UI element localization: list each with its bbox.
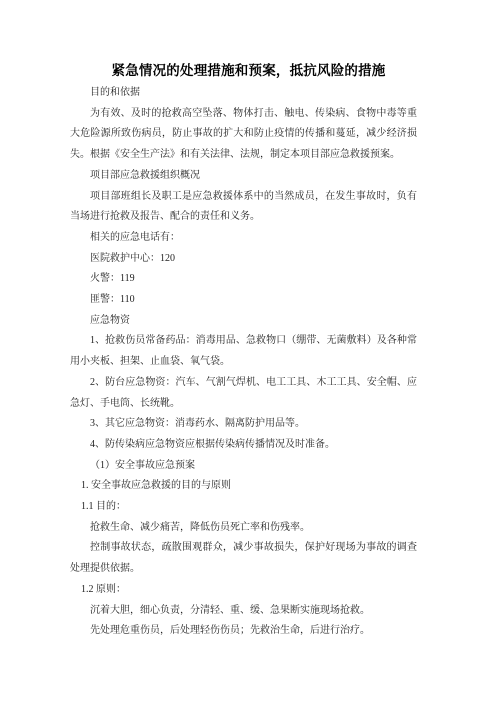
paragraph: 目的和依据: [70, 83, 417, 104]
document-body: 目的和依据为有效、及时的抢救高空坠落、物体打击、触电、传染病、食物中毒等重大危险…: [70, 83, 417, 642]
paragraph: 沉着大胆，细心负责，分清轻、重、缓、急果断实施现场抢救。: [70, 601, 417, 622]
paragraph: 1、抢救伤员常备药品：消毒用品、急救物口（绷带、无菌敷料）及各种常用小夹板、担架…: [70, 331, 417, 372]
paragraph: 1. 安全事故应急救援的目的与原则: [70, 476, 417, 497]
paragraph: 应急物资: [70, 311, 417, 332]
paragraph: 先处理危重伤员，后处理轻伤伤员；先救治生命，后进行治疗。: [70, 621, 417, 642]
document-content: 紧急情况的处理措施和预案，抵抗风险的措施 目的和依据为有效、及时的抢救高空坠落、…: [0, 0, 496, 642]
paragraph: 相关的应急电话有：: [70, 228, 417, 249]
paragraph: 控制事故状态，疏散围观群众，减少事故损失，保护好现场为事故的调查处理提供依据。: [70, 538, 417, 579]
paragraph: 1.2 原则：: [70, 580, 417, 601]
paragraph: 项目部应急救援组织概况: [70, 166, 417, 187]
paragraph: （1）安全事故应急预案: [70, 456, 417, 477]
paragraph: 项目部班组长及职工是应急救援体系中的当然成员，在发生事故时，负有当场进行抢救及报…: [70, 187, 417, 228]
paragraph: 1.1 目的：: [70, 497, 417, 518]
paragraph: 抢救生命、减少痛苦，降低伤员死亡率和伤残率。: [70, 518, 417, 539]
document-title: 紧急情况的处理措施和预案，抵抗风险的措施: [70, 59, 427, 83]
paragraph: 为有效、及时的抢救高空坠落、物体打击、触电、传染病、食物中毒等重大危险源所致伤病…: [70, 104, 417, 166]
paragraph: 医院救护中心：120: [70, 249, 417, 270]
document-page: 紧急情况的处理措施和预案，抵抗风险的措施 目的和依据为有效、及时的抢救高空坠落、…: [0, 0, 496, 702]
paragraph: 4、防传染病应急物资应根据传染病传播情况及时准备。: [70, 435, 417, 456]
paragraph: 匪警：110: [70, 290, 417, 311]
paragraph: 2、防台应急物资：汽车、气割气焊机、电工工具、木工工具、安全帽、应急灯、手电筒、…: [70, 373, 417, 414]
paragraph: 火警：119: [70, 269, 417, 290]
paragraph: 3、其它应急物资：消毒药水、隔离防护用品等。: [70, 414, 417, 435]
